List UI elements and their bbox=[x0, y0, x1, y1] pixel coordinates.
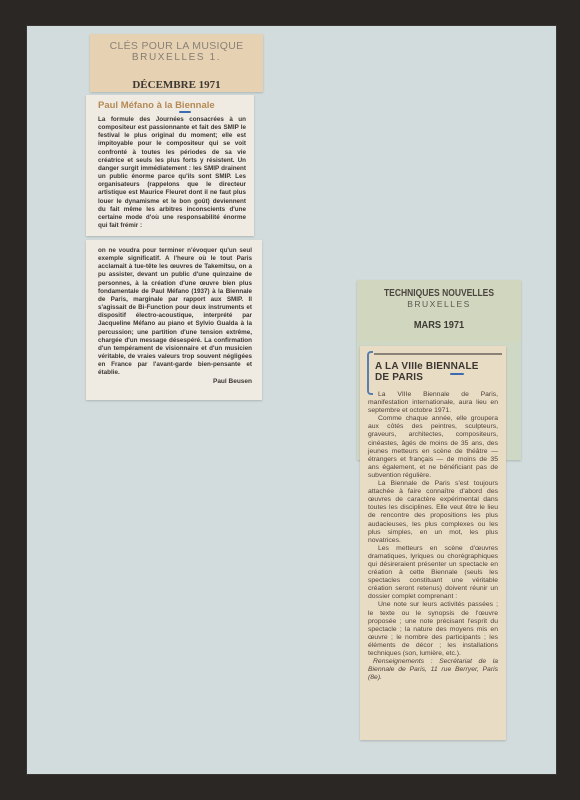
paragraph: Les metteurs en scène d'œuvres dramatiqu… bbox=[368, 545, 498, 602]
publication-date: MARS 1971 bbox=[367, 319, 511, 331]
paragraph: Une note sur leurs activités passées ; l… bbox=[368, 601, 498, 658]
pen-bracket-mark bbox=[367, 351, 373, 395]
publication-name: CLÉS POUR LA MUSIQUE bbox=[90, 40, 263, 52]
article-body: La formule des Journées consacrées à un … bbox=[98, 116, 246, 230]
article-body: La VIIIe Biennale de Paris, manifestatio… bbox=[368, 391, 498, 682]
left-source-label: CLÉS POUR LA MUSIQUE BRUXELLES 1. DÉCEMB… bbox=[90, 34, 263, 92]
pen-mark bbox=[179, 111, 191, 113]
info-label: Renseignements : bbox=[373, 658, 433, 665]
scrapbook-page: CLÉS POUR LA MUSIQUE BRUXELLES 1. DÉCEMB… bbox=[27, 26, 556, 774]
paragraph: Comme chaque année, elle groupera aux cô… bbox=[368, 415, 498, 480]
title-line-1: A LA VIIIe BIENNALE bbox=[375, 361, 506, 372]
publication-city: BRUXELLES bbox=[357, 299, 521, 310]
right-article: A LA VIIIe BIENNALE DE PARIS La VIIIe Bi… bbox=[360, 346, 506, 740]
publication-date: DÉCEMBRE 1971 bbox=[90, 79, 263, 91]
paragraph: La VIIIe Biennale de Paris, manifestatio… bbox=[368, 391, 498, 415]
publication-name: TECHNIQUES NOUVELLES bbox=[369, 288, 508, 299]
publication-city: BRUXELLES 1. bbox=[90, 52, 263, 63]
pen-mark bbox=[450, 373, 464, 375]
top-rule bbox=[374, 353, 502, 355]
paragraph: La Biennale de Paris s'est toujours atta… bbox=[368, 480, 498, 545]
article-body: on ne voudra pour terminer n'évoquer qu'… bbox=[98, 247, 252, 378]
article-title: Paul Méfano à la Biennale bbox=[98, 100, 254, 111]
left-article-part2: on ne voudra pour terminer n'évoquer qu'… bbox=[86, 240, 262, 400]
article-title: A LA VIIIe BIENNALE DE PARIS bbox=[360, 346, 506, 383]
article-signature: Paul Beusen bbox=[86, 378, 252, 386]
left-article-part1: Paul Méfano à la Biennale La formule des… bbox=[86, 95, 254, 236]
right-source-label: TECHNIQUES NOUVELLES BRUXELLES MARS 1971 bbox=[357, 280, 521, 342]
title-line-2: DE PARIS bbox=[375, 372, 506, 383]
info-paragraph: Renseignements : Secrétariat de la Bienn… bbox=[368, 658, 498, 682]
